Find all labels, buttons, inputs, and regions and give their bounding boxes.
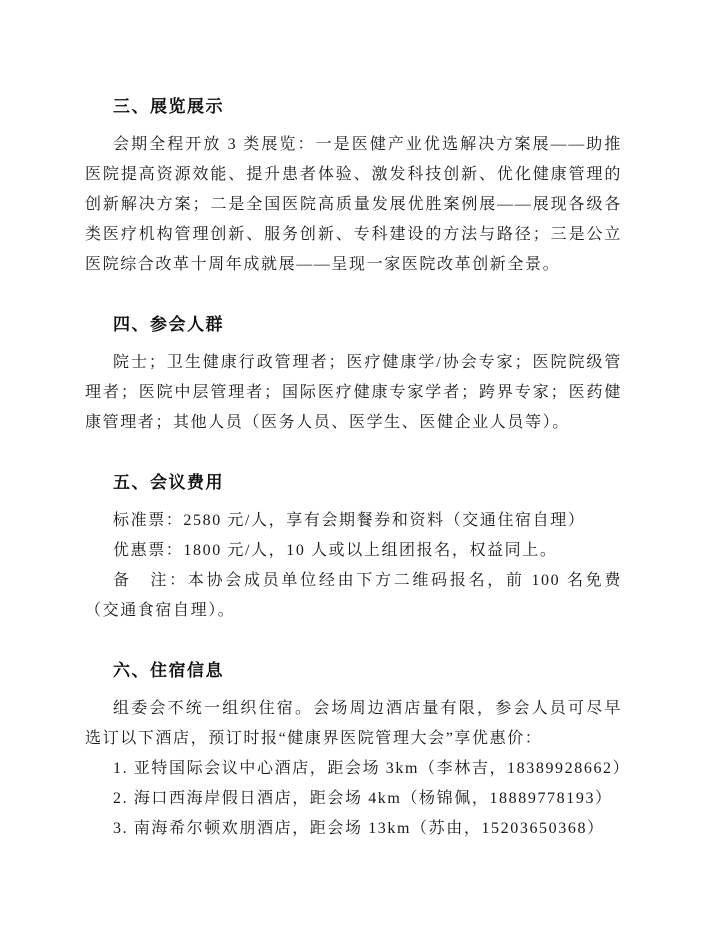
section-heading-attendees: 四、参会人群 bbox=[85, 312, 622, 338]
exhibition-paragraph: 会期全程开放 3 类展览：一是医健产业优选解决方案展——助推医院提高资源效能、提… bbox=[85, 130, 622, 280]
fee-standard-line: 标准票：2580 元/人，享有会期餐券和资料（交通住宿自理） bbox=[85, 506, 622, 536]
hotel-item-1: 1. 亚特国际会议中心酒店，距会场 3km（李林吉，18389928662） bbox=[85, 754, 622, 784]
hotel-item-3: 3. 南海希尔顿欢朋酒店，距会场 13km（苏由，15203650368） bbox=[85, 814, 622, 844]
document-page: 三、展览展示 会期全程开放 3 类展览：一是医健产业优选解决方案展——助推医院提… bbox=[0, 0, 706, 939]
section-heading-exhibition: 三、展览展示 bbox=[85, 94, 622, 120]
hotels-intro-paragraph: 组委会不统一组织住宿。会场周边酒店量有限，参会人员可尽早选订以下酒店，预订时报“… bbox=[85, 694, 622, 754]
fee-note-line: 备 注：本协会成员单位经由下方二维码报名，前 100 名免费（交通食宿自理）。 bbox=[85, 566, 622, 626]
section-attendees: 四、参会人群 院士；卫生健康行政管理者；医疗健康学/协会专家；医院院级管理者；医… bbox=[85, 312, 622, 438]
section-exhibition: 三、展览展示 会期全程开放 3 类展览：一是医健产业优选解决方案展——助推医院提… bbox=[85, 94, 622, 280]
attendees-paragraph: 院士；卫生健康行政管理者；医疗健康学/协会专家；医院院级管理者；医院中层管理者；… bbox=[85, 348, 622, 438]
hotel-item-2: 2. 海口西海岸假日酒店，距会场 4km（杨锦佩，18889778193） bbox=[85, 784, 622, 814]
section-heading-fees: 五、会议费用 bbox=[85, 470, 622, 496]
fee-discount-line: 优惠票：1800 元/人，10 人或以上组团报名，权益同上。 bbox=[85, 536, 622, 566]
document-content: 三、展览展示 会期全程开放 3 类展览：一是医健产业优选解决方案展——助推医院提… bbox=[85, 94, 622, 874]
section-fees: 五、会议费用 标准票：2580 元/人，享有会期餐券和资料（交通住宿自理） 优惠… bbox=[85, 470, 622, 626]
section-hotels: 六、住宿信息 组委会不统一组织住宿。会场周边酒店量有限，参会人员可尽早选订以下酒… bbox=[85, 658, 622, 844]
section-heading-hotels: 六、住宿信息 bbox=[85, 658, 622, 684]
